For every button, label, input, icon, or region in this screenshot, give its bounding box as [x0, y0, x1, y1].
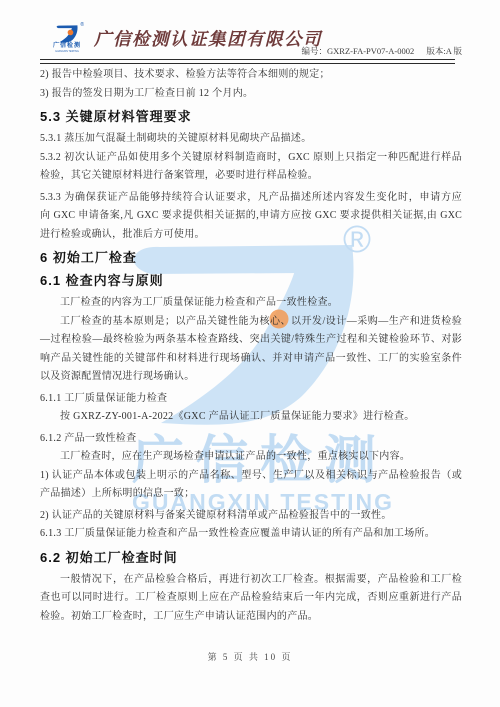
text-line: 按 GXRZ-ZY-001-A-2022《GXC 产品认证工厂质量保证能力要求》… — [40, 408, 462, 427]
page-header: ® 广信检测 GUANGXIN TESTING 广信检测认证集团有限公司 编号：… — [40, 22, 462, 60]
text-line: 5.3.1 蒸压加气混凝土制砌块的关键原材料见砌块产品描述。 — [40, 130, 462, 149]
text-line: 工厂检查时，应在生产现场检查申请认证产品的一致性，重点核实以下内容。 — [40, 448, 462, 467]
text-line: 进行检验或确认，批准后方可使用。 — [40, 226, 462, 245]
registered-icon: ® — [80, 22, 84, 28]
text-line: 6.1.3 工厂质量保证能力检查和产品一致性检查应覆盖申请认证的所有产品和加工场… — [40, 525, 462, 544]
text-line: 工厂检查的内容为工厂质量保证能力检查和产品一致性检查。 — [40, 294, 462, 313]
text-line: 以及资源配置情况进行现场确认。 — [40, 368, 462, 387]
text-line: 6.1.2 产品一致性检查 — [40, 430, 462, 449]
text-line: 3) 报告的签发日期为工厂检查日前 12 个月内。 — [40, 85, 462, 104]
text-line: 检验，其它关键原材料进行备案管理，必要时进行样品检验。 — [40, 167, 462, 186]
section-heading: 6.2 初始工厂检查时间 — [40, 549, 462, 567]
document-body: 2) 报告中检验项目、技术要求、检验方法等符合本细则的规定； 3) 报告的签发日… — [40, 66, 462, 626]
page-number: 第 5 页 共 10 页 — [0, 650, 500, 663]
logo-text-cn: 广信检测 — [48, 43, 86, 49]
logo-text-en: GUANGXIN TESTING — [52, 49, 82, 52]
text-line: 2) 认证产品的关键原材料与备案关键原材料清单或产品检验报告中的一致性。 — [40, 507, 462, 526]
text-line: 2) 报告中检验项目、技术要求、检验方法等符合本细则的规定； — [40, 66, 462, 85]
text-line: 检验。初始工厂检查时，工厂应生产申请认证范围内的产品。 — [40, 608, 462, 627]
text-line: —过程检验—最终检验为两条基本检查路线、突出关键/特殊生产过程和关键检验环节、对… — [40, 331, 462, 350]
company-name: 广信检测认证集团有限公司 — [94, 26, 322, 51]
section-heading: 6.1 检查内容与原则 — [40, 272, 462, 290]
header-divider — [40, 59, 455, 64]
document-number: 编号：GXRZ-FA-PV07-A-0002 — [302, 46, 415, 56]
text-line: 产品描述）上所标明的信息一致； — [40, 485, 462, 504]
text-line: 一般情况下，在产品检验合格后，再进行初次工厂检查。根据需要，产品检验和工厂检 — [40, 571, 462, 590]
text-line: 响产品关键性能的关键部件和材料进行现场确认、并对申请产品一致性、工厂的实验室条件 — [40, 350, 462, 369]
section-heading: 5.3 关键原材料管理要求 — [40, 108, 462, 126]
text-line: 1) 认证产品本体或包装上明示的产品名称、型号、生产厂以及相关标识与产品检验报告… — [40, 467, 462, 486]
text-line: 5.3.2 初次认证产品如使用多个关键原材料制造商时，GXC 原则上只指定一种匹… — [40, 149, 462, 168]
document-page: { "header": { "company_name": "广信检测认证集团有… — [0, 0, 500, 707]
text-line: 查也可以同时进行。工厂检查原则上应在产品检验结束后一年内完成，否则应重新进行产品 — [40, 589, 462, 608]
document-version: 版本:A 版 — [426, 46, 462, 56]
section-heading: 6 初始工厂检查 — [40, 249, 462, 267]
text-line: 6.1.1 工厂质量保证能力检查 — [40, 390, 462, 409]
company-logo: ® 广信检测 GUANGXIN TESTING — [48, 24, 86, 60]
text-line: 向 GXC 申请备案,凡 GXC 要求提供相关证据的,申请方应按 GXC 要求提… — [40, 207, 462, 226]
document-meta: 编号：GXRZ-FA-PV07-A-0002 版本:A 版 — [302, 45, 463, 57]
text-line: 5.3.3 为确保获证产品能够持续符合认证要求，凡产品描述所述内容发生变化时，申… — [40, 189, 462, 208]
text-line: 工厂检查的基本原则是；以产品关键性能为核心、以开发/设计—采购—生产和进货检验 — [40, 313, 462, 332]
company-logo-icon — [55, 24, 79, 43]
